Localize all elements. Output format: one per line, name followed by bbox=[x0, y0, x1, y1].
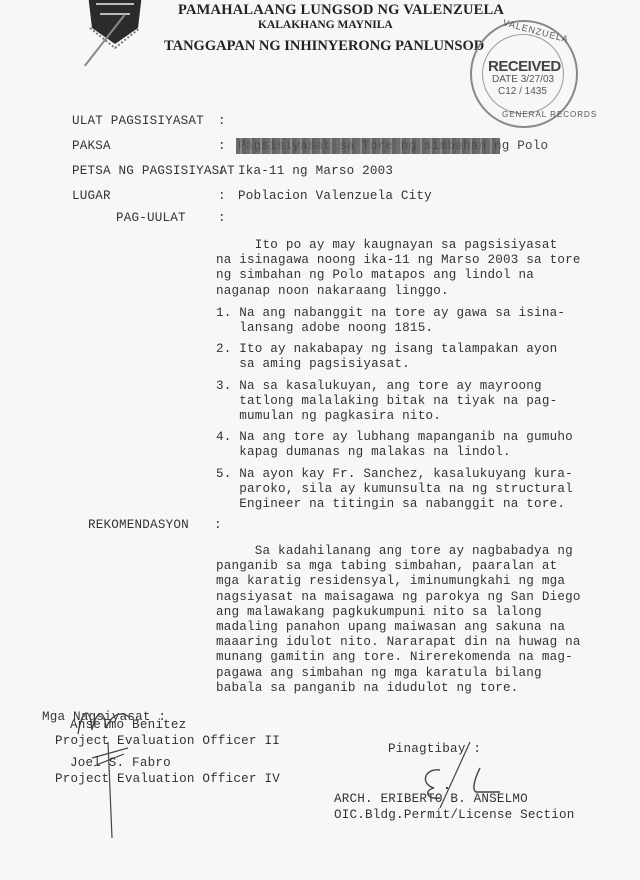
field-label-date: PETSA NG PAGSISIYASAT bbox=[72, 164, 235, 178]
stamp-status: RECEIVED bbox=[488, 58, 561, 75]
field-colon: : bbox=[218, 139, 226, 153]
inspector-name-1: Anselmo Benitez bbox=[70, 718, 186, 732]
field-colon: : bbox=[218, 164, 226, 178]
field-label-report: ULAT PAGSISIYASAT bbox=[72, 114, 204, 128]
report-item-5: 5. Na ayon kay Fr. Sanchez, kasalukuyang… bbox=[216, 467, 573, 513]
inspector-name-2: Joel S. Fabro bbox=[70, 756, 171, 770]
report-item-2: 2. Ito ay nakabapay ng isang talampakan … bbox=[216, 342, 557, 372]
signature-fabro bbox=[88, 740, 138, 840]
field-label-subject: PAKSA bbox=[72, 139, 111, 153]
letterhead-subtitle: KALAKHANG MAYNILA bbox=[258, 19, 393, 31]
inspector-title-2: Project Evaluation Officer IV bbox=[55, 772, 280, 786]
report-item-1: 1. Na ang nabanggit na tore ay gawa sa i… bbox=[216, 306, 565, 336]
report-item-3: 3. Na sa kasalukuyan, ang tore ay mayroo… bbox=[216, 379, 557, 425]
field-colon: : bbox=[218, 189, 226, 203]
field-value-place: Poblacion Valenzuela City bbox=[238, 189, 432, 203]
subject-strikeout bbox=[236, 138, 500, 154]
field-colon: : bbox=[218, 114, 226, 128]
recommendation-label: REKOMENDASYON bbox=[88, 518, 189, 532]
report-intro: Ito po ay may kaugnayan sa pagsisiyasat … bbox=[216, 238, 581, 299]
approver-name: ARCH. ERIBERTO B. ANSELMO bbox=[334, 792, 528, 806]
approver-title: OIC.Bldg.Permit/License Section bbox=[334, 808, 574, 822]
city-seal-logo bbox=[82, 0, 148, 50]
recommendation-text: Sa kadahilanang ang tore ay nagbabadya n… bbox=[216, 544, 581, 696]
field-colon: : bbox=[214, 518, 222, 532]
letterhead-office: TANGGAPAN NG INHINYERONG PANLUNSOD bbox=[164, 38, 484, 55]
received-stamp: VALENZUELA RECEIVED DATE 3/27/03 C12 / 1… bbox=[470, 20, 578, 128]
field-label-place: LUGAR bbox=[72, 189, 111, 203]
report-item-4: 4. Na ang tore ay lubhang mapanganib na … bbox=[216, 430, 573, 460]
stamp-date: DATE 3/27/03 bbox=[492, 74, 554, 85]
stamp-control-number: C12 / 1435 bbox=[498, 86, 547, 97]
field-colon: : bbox=[218, 211, 226, 225]
field-value-date: Ika-11 ng Marso 2003 bbox=[238, 164, 393, 178]
stamp-bottom-text: GENERAL RECORDS bbox=[502, 110, 597, 119]
field-label-report-section: PAG-UULAT bbox=[116, 211, 186, 225]
letterhead-title: PAMAHALAANG LUNGSOD NG VALENZUELA bbox=[178, 2, 504, 19]
